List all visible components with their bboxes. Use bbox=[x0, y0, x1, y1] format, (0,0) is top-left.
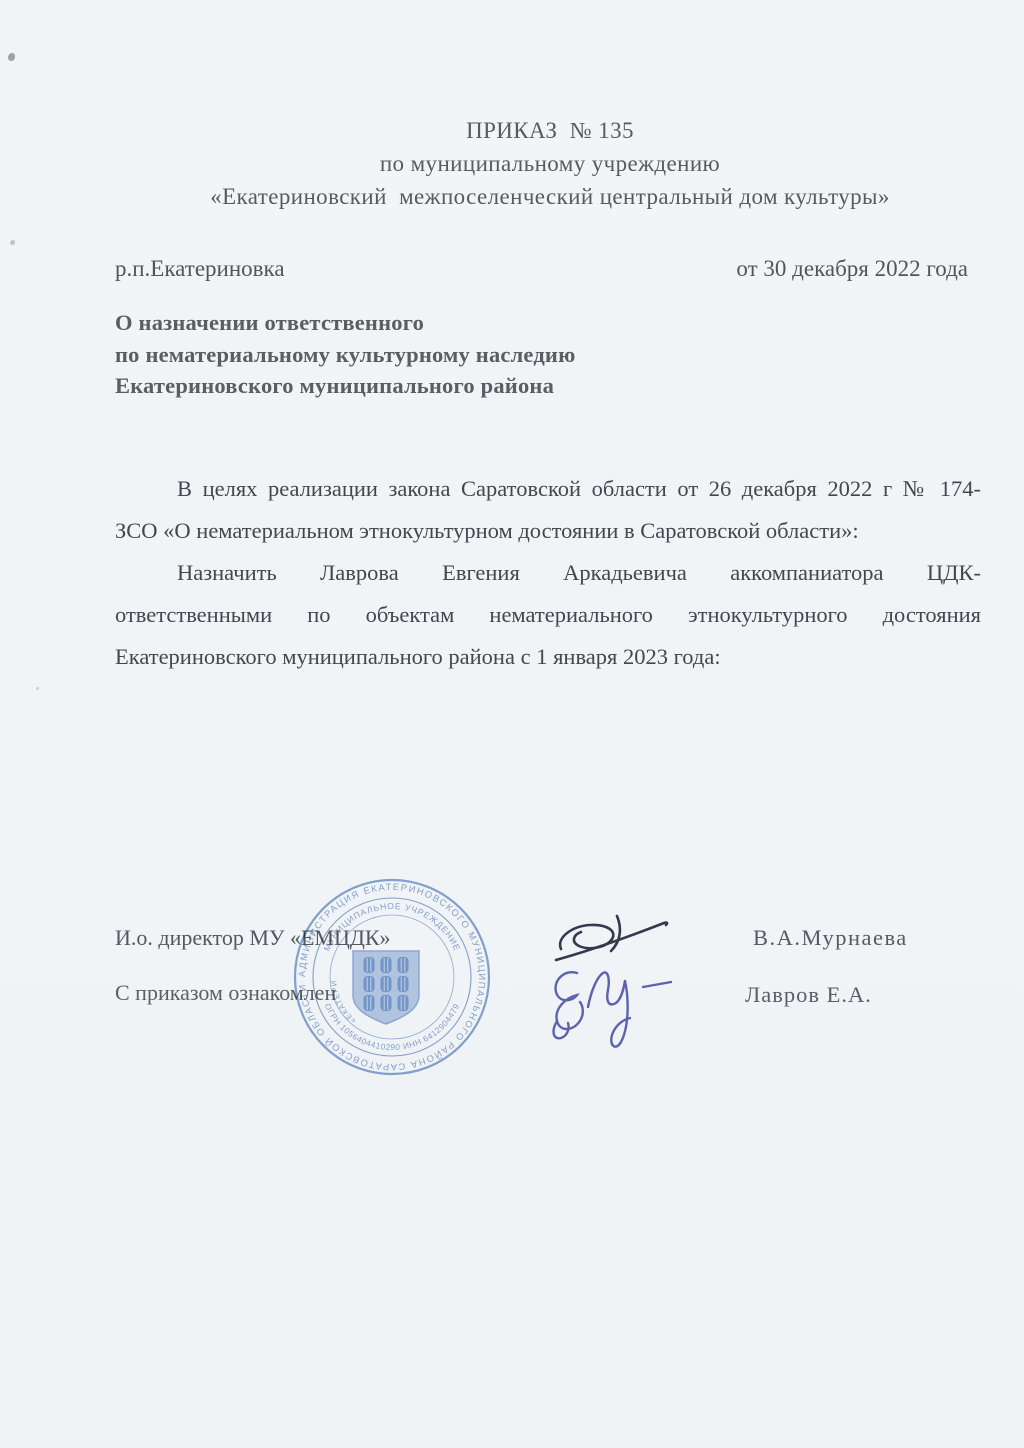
subject-line: Екатериновского муниципального района bbox=[115, 370, 755, 402]
director-name: В.А.Мурнаева bbox=[753, 925, 908, 951]
subject-line: по нематериальному культурному наследию bbox=[115, 339, 755, 371]
lavrov-signature bbox=[554, 972, 671, 1046]
director-signature bbox=[556, 916, 667, 960]
body-line: Екатериновского муниципального района с … bbox=[115, 636, 981, 678]
place-date-row: р.п.Екатериновка от 30 декабря 2022 года bbox=[115, 256, 968, 282]
scan-speck bbox=[10, 240, 15, 245]
stamp-middle-ring-top-text: МУНИЦИПАЛЬНОЕ УЧРЕЖДЕНИЕ bbox=[321, 901, 462, 953]
document-header: ПРИКАЗ № 135 по муниципальному учреждени… bbox=[115, 114, 985, 213]
body-line: ответственными по объектам нематериально… bbox=[115, 594, 981, 636]
institution-name: «Екатериновский межпоселенческий централ… bbox=[115, 180, 985, 213]
official-round-stamp: АДМИНИСТРАЦИЯ ЕКАТЕРИНОВСКОГО МУНИЦИПАЛЬ… bbox=[287, 872, 497, 1082]
scanned-order-document: ПРИКАЗ № 135 по муниципальному учреждени… bbox=[0, 0, 1024, 1448]
date-label: от 30 декабря 2022 года bbox=[736, 256, 968, 282]
handwritten-signatures-layer bbox=[0, 0, 1024, 1448]
body-line: ЗСО «О нематериальном этнокультурном дос… bbox=[115, 510, 981, 552]
place-label: р.п.Екатериновка bbox=[115, 256, 285, 282]
acknowledged-name: Лавров Е.А. bbox=[745, 982, 872, 1008]
scan-speck bbox=[8, 53, 15, 61]
header-subtitle: по муниципальному учреждению bbox=[115, 147, 985, 180]
stamp-coat-of-arms-shield bbox=[353, 951, 419, 1024]
scan-speck bbox=[36, 687, 39, 690]
subject-line: О назначении ответственного bbox=[115, 307, 755, 339]
body-line: В целях реализации закона Саратовской об… bbox=[115, 468, 981, 510]
body-line: Назначить Лаврова Евгения Аркадьевича ак… bbox=[115, 552, 981, 594]
order-body: В целях реализации закона Саратовской об… bbox=[115, 468, 981, 678]
order-title: ПРИКАЗ № 135 bbox=[115, 114, 985, 147]
order-subject: О назначении ответственного по нематериа… bbox=[115, 307, 755, 402]
